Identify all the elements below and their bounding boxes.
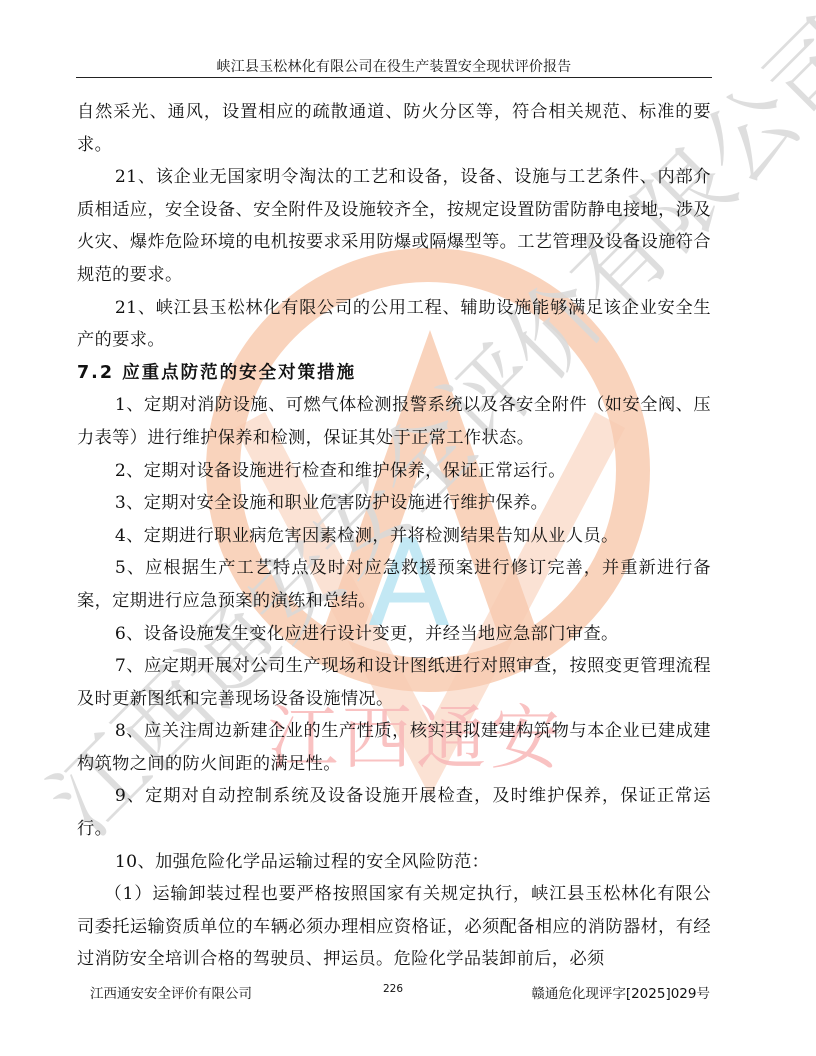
document-page: A 江西通安安全评价有限公司 江西通安 峡江县玉松林化有限公司在役生产装置安全现…: [0, 0, 816, 1056]
measure-item-1: 1、定期对消防设施、可燃气体检测报警系统以及各安全附件（如安全阀、压力表等）进行…: [77, 389, 711, 454]
page-number: 226: [383, 983, 403, 995]
paragraph-continuation: 自然采光、通风，设置相应的疏散通道、防火分区等，符合相关规范、标准的要求。: [77, 96, 711, 161]
measure-item-5: 5、应根据生产工艺特点及时对应急救援预案进行修订完善，并重新进行备案，定期进行应…: [77, 552, 711, 617]
measure-item-4: 4、定期进行职业病危害因素检测，并将检测结果告知从业人员。: [77, 520, 711, 553]
footer-report-number: 赣通危化现评字[2025]029号: [531, 982, 710, 1002]
measure-item-7: 7、应定期开展对公司生产现场和设计图纸进行对照审查，按照变更管理流程及时更新图纸…: [77, 650, 711, 715]
measure-item-10: 10、加强危险化学品运输过程的安全风险防范：: [77, 846, 711, 879]
measure-item-2: 2、定期对设备设施进行检查和维护保养，保证正常运行。: [77, 455, 711, 488]
section-heading: 7.2 应重点防范的安全对策措施: [77, 357, 711, 390]
measure-item-9: 9、定期对自动控制系统及设备设施开展检查，及时维护保养，保证正常运行。: [77, 780, 711, 845]
running-header-title: 峡江县玉松林化有限公司在役生产装置安全现状评价报告: [76, 56, 712, 76]
measure-item-6: 6、设备设施发生变化应进行设计变更，并经当地应急部门审查。: [77, 618, 711, 651]
measure-item-3: 3、定期对安全设施和职业危害防护设施进行维护保养。: [77, 487, 711, 520]
measure-item-10-sub-1: （1）运输卸装过程也要严格按照国家有关规定执行，峡江县玉松林化有限公司委托运输资…: [77, 878, 711, 976]
header-divider: [76, 77, 712, 78]
document-body: 自然采光、通风，设置相应的疏散通道、防火分区等，符合相关规范、标准的要求。 21…: [77, 96, 711, 976]
measure-item-8: 8、应关注周边新建企业的生产性质，核实其拟建建构筑物与本企业已建成建构筑物之间的…: [77, 715, 711, 780]
paragraph-item-21b: 21、峡江县玉松林化有限公司的公用工程、辅助设施能够满足该企业安全生产的要求。: [77, 292, 711, 357]
footer-company: 江西通安安全评价有限公司: [90, 982, 252, 1002]
paragraph-item-21a: 21、该企业无国家明令淘汰的工艺和设备，设备、设施与工艺条件、内部介质相适应，安…: [77, 161, 711, 291]
page-footer: 江西通安安全评价有限公司 226 赣通危化现评字[2025]029号: [90, 982, 710, 1002]
